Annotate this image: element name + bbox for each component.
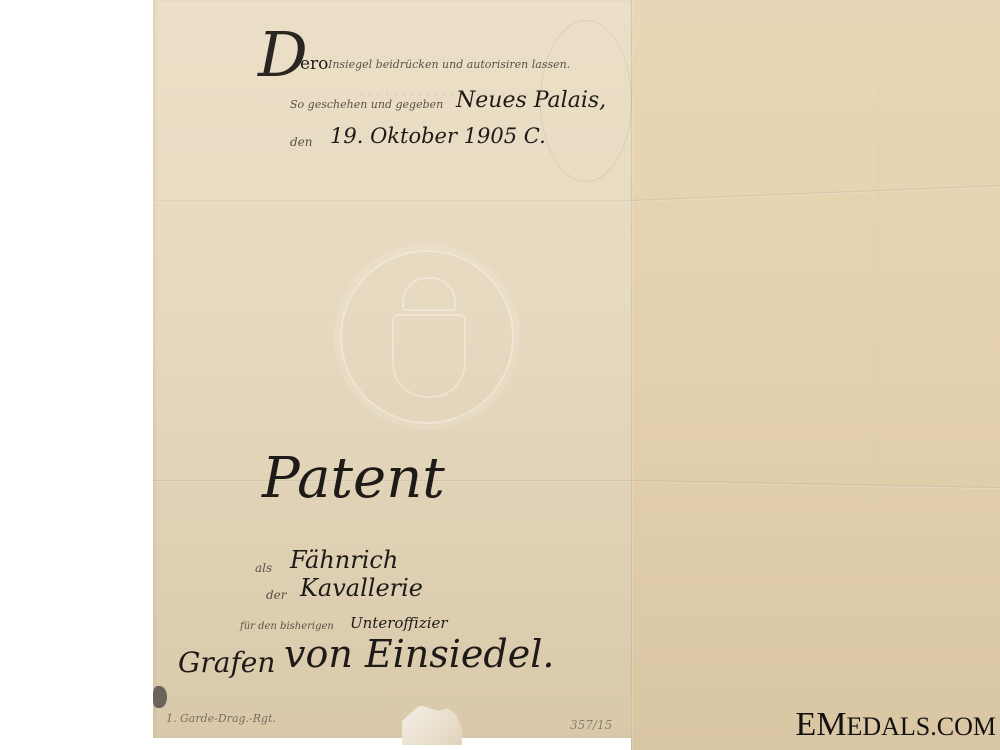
- recipient-name: von Einsiedel.: [284, 632, 554, 676]
- document-right-page: [631, 0, 1000, 750]
- text-line-2-prefix: So geschehen und gegeben: [290, 98, 443, 111]
- rank: Fähnrich: [290, 546, 398, 574]
- watermark-e: E: [795, 706, 816, 743]
- watermark-m: M: [816, 706, 846, 743]
- ink-stain: [153, 686, 167, 708]
- left-upper-fold: [153, 200, 631, 202]
- text-line-1: Insiegel beidrücken und autorisiren lass…: [328, 58, 570, 71]
- emedals-watermark: EMEDALS.COM: [795, 706, 996, 744]
- name-prefix: Grafen: [178, 646, 275, 679]
- place-of-issue: Neues Palais,: [456, 88, 606, 113]
- branch: Kavallerie: [300, 574, 423, 602]
- watermark-com: .COM: [930, 712, 996, 741]
- document-title: Patent: [262, 446, 445, 511]
- former-rank: Unteroffizier: [350, 614, 448, 632]
- former-rank-prefix: für den bisherigen: [240, 621, 334, 632]
- branch-prefix: der: [266, 588, 287, 602]
- crown-icon: [402, 277, 456, 311]
- right-vertical-fold: [878, 0, 880, 750]
- embossed-seal-icon: [340, 250, 514, 424]
- shield-icon: [392, 314, 466, 398]
- rank-prefix: als: [255, 561, 272, 575]
- regiment-note: 1. Garde-Drag.-Rgt.: [166, 712, 276, 725]
- page-bottom-margin: [153, 738, 631, 750]
- reference-number: 357/15: [570, 718, 612, 732]
- heading-word: ero: [300, 54, 328, 74]
- watermark-edals: EDALS: [846, 712, 930, 741]
- issue-date: 19. Oktober 1905 C.: [330, 124, 546, 148]
- text-line-3-prefix: den: [290, 135, 313, 149]
